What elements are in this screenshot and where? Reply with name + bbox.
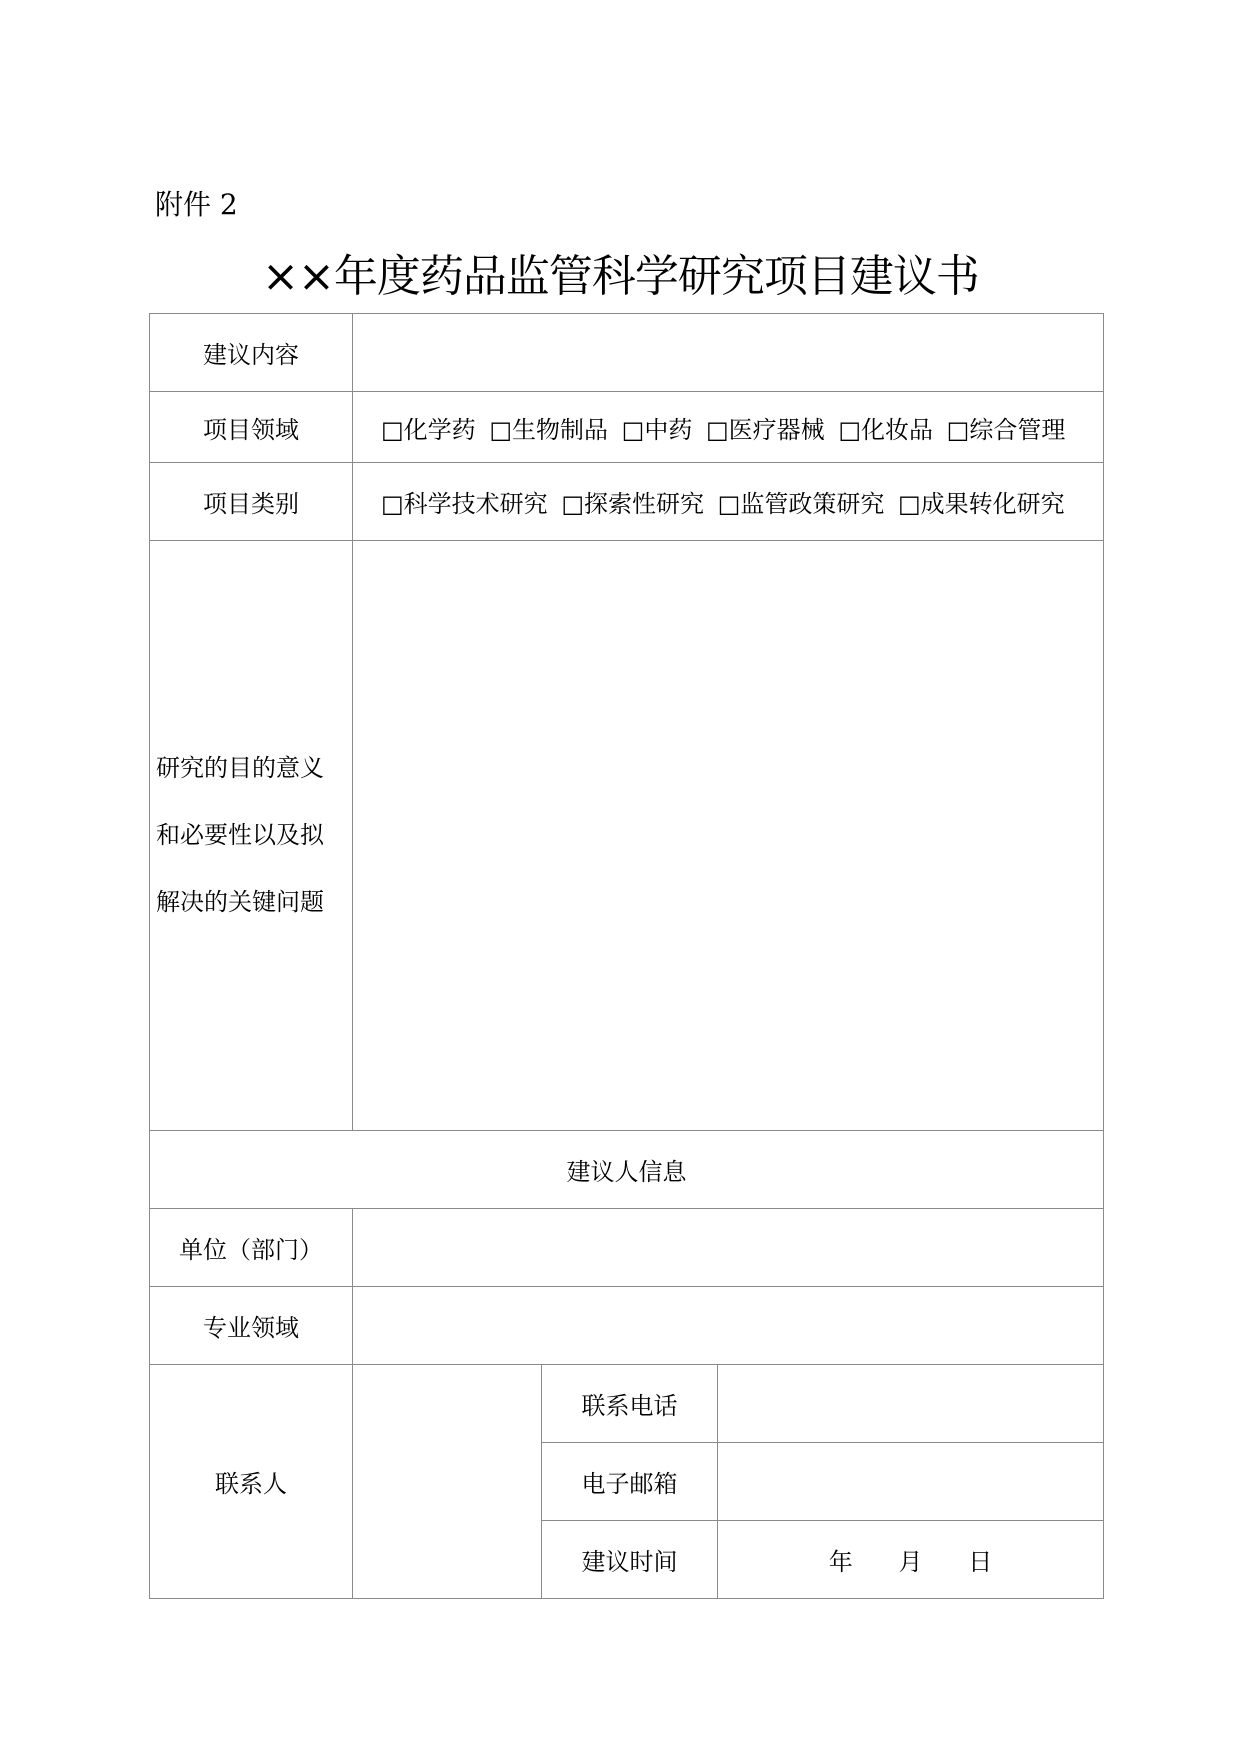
option-cosmetics[interactable]: □化妆品 — [838, 416, 933, 444]
date-label: 建议时间 — [542, 1521, 718, 1599]
document-title: ××年度药品监管科学研究项目建议书 — [0, 240, 1241, 304]
attachment-label: 附件 2 — [155, 183, 238, 223]
domain-options: □化学药 □生物制品 □中药 □医疗器械 □化妆品 □综合管理 — [353, 392, 1104, 463]
contact-name-field[interactable] — [353, 1365, 542, 1599]
email-field[interactable] — [718, 1443, 1104, 1521]
option-biologics[interactable]: □生物制品 — [489, 416, 608, 444]
option-sci-tech[interactable]: □科学技术研究 — [381, 490, 548, 518]
purpose-label-line: 研究的目的意义 — [156, 735, 352, 802]
category-label: 项目类别 — [150, 463, 353, 541]
email-label: 电子邮箱 — [542, 1443, 718, 1521]
purpose-label-line: 和必要性以及拟 — [156, 802, 352, 869]
specialty-field[interactable] — [353, 1287, 1104, 1365]
unit-label: 单位（部门） — [150, 1209, 353, 1287]
option-general[interactable]: □综合管理 — [947, 416, 1066, 444]
content-field[interactable] — [353, 314, 1104, 392]
domain-label: 项目领域 — [150, 392, 353, 463]
proposal-form-table: 建议内容 项目领域 □化学药 □生物制品 □中药 □医疗器械 □化妆品 □综合管… — [149, 313, 1104, 1599]
option-tcm[interactable]: □中药 — [622, 416, 693, 444]
option-translation[interactable]: □成果转化研究 — [898, 490, 1065, 518]
option-policy[interactable]: □监管政策研究 — [718, 490, 885, 518]
content-label: 建议内容 — [150, 314, 353, 392]
unit-field[interactable] — [353, 1209, 1104, 1287]
date-field[interactable]: 年 月 日 — [718, 1521, 1104, 1599]
option-chemical[interactable]: □化学药 — [381, 416, 476, 444]
purpose-label-line: 解决的关键问题 — [156, 869, 352, 936]
category-options: □科学技术研究 □探索性研究 □监管政策研究 □成果转化研究 — [353, 463, 1104, 541]
purpose-label: 研究的目的意义 和必要性以及拟 解决的关键问题 — [150, 541, 353, 1131]
proposer-section-heading: 建议人信息 — [150, 1131, 1104, 1209]
specialty-label: 专业领域 — [150, 1287, 353, 1365]
option-exploratory[interactable]: □探索性研究 — [561, 490, 704, 518]
purpose-field[interactable] — [353, 541, 1104, 1131]
option-devices[interactable]: □医疗器械 — [706, 416, 825, 444]
phone-field[interactable] — [718, 1365, 1104, 1443]
phone-label: 联系电话 — [542, 1365, 718, 1443]
contact-label: 联系人 — [150, 1365, 353, 1599]
